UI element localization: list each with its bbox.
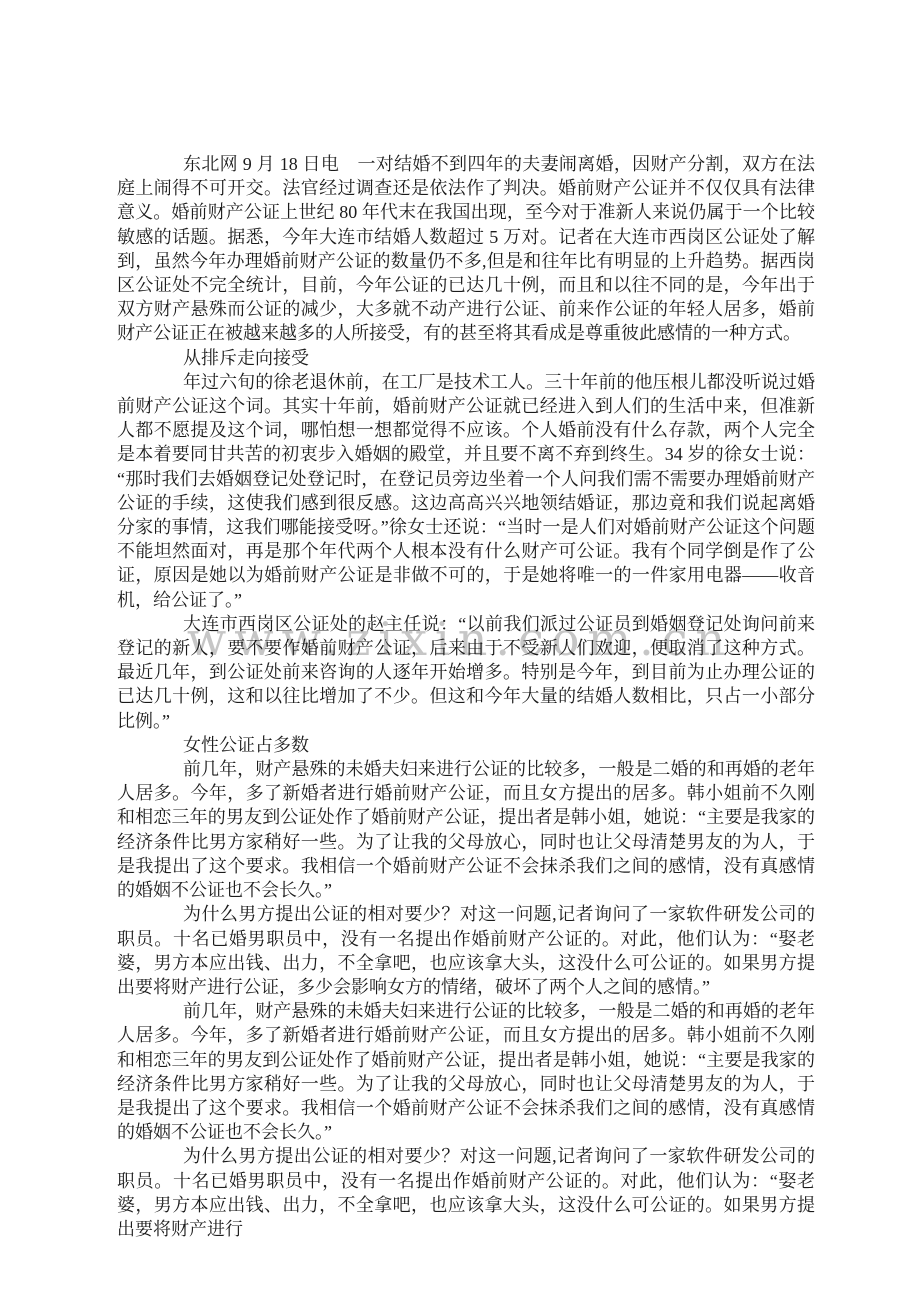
section-heading: 女性公证占多数 (117, 733, 815, 757)
body-paragraph: 前几年，财产悬殊的未婚夫妇来进行公证的比较多，一般是二婚的和再婚的老年人居多。今… (117, 999, 815, 1144)
document-page: www.zixin.com.cn 东北网 9 月 18 日电 一对结婚不到四年的… (0, 0, 920, 1302)
body-paragraph: 前几年，财产悬殊的未婚夫妇来进行公证的比较多，一般是二婚的和再婚的老年人居多。今… (117, 757, 815, 902)
body-paragraph: 东北网 9 月 18 日电 一对结婚不到四年的夫妻闹离婚，因财产分割，双方在法庭… (117, 152, 815, 346)
body-paragraph: 大连市西岗区公证处的赵主任说：“以前我们派过公证员到婚姻登记处询问前来登记的新人… (117, 612, 815, 733)
body-paragraph: 年过六旬的徐老退休前，在工厂是技术工人。三十年前的他压根儿都没听说过婚前财产公证… (117, 370, 815, 612)
document-content: 东北网 9 月 18 日电 一对结婚不到四年的夫妻闹离婚，因财产分割，双方在法庭… (117, 152, 815, 1241)
body-paragraph: 为什么男方提出公证的相对要少？对这一问题,记者询问了一家软件研发公司的职员。十名… (117, 1144, 815, 1241)
section-heading: 从排斥走向接受 (117, 346, 815, 370)
body-paragraph: 为什么男方提出公证的相对要少？对这一问题,记者询问了一家软件研发公司的职员。十名… (117, 902, 815, 999)
